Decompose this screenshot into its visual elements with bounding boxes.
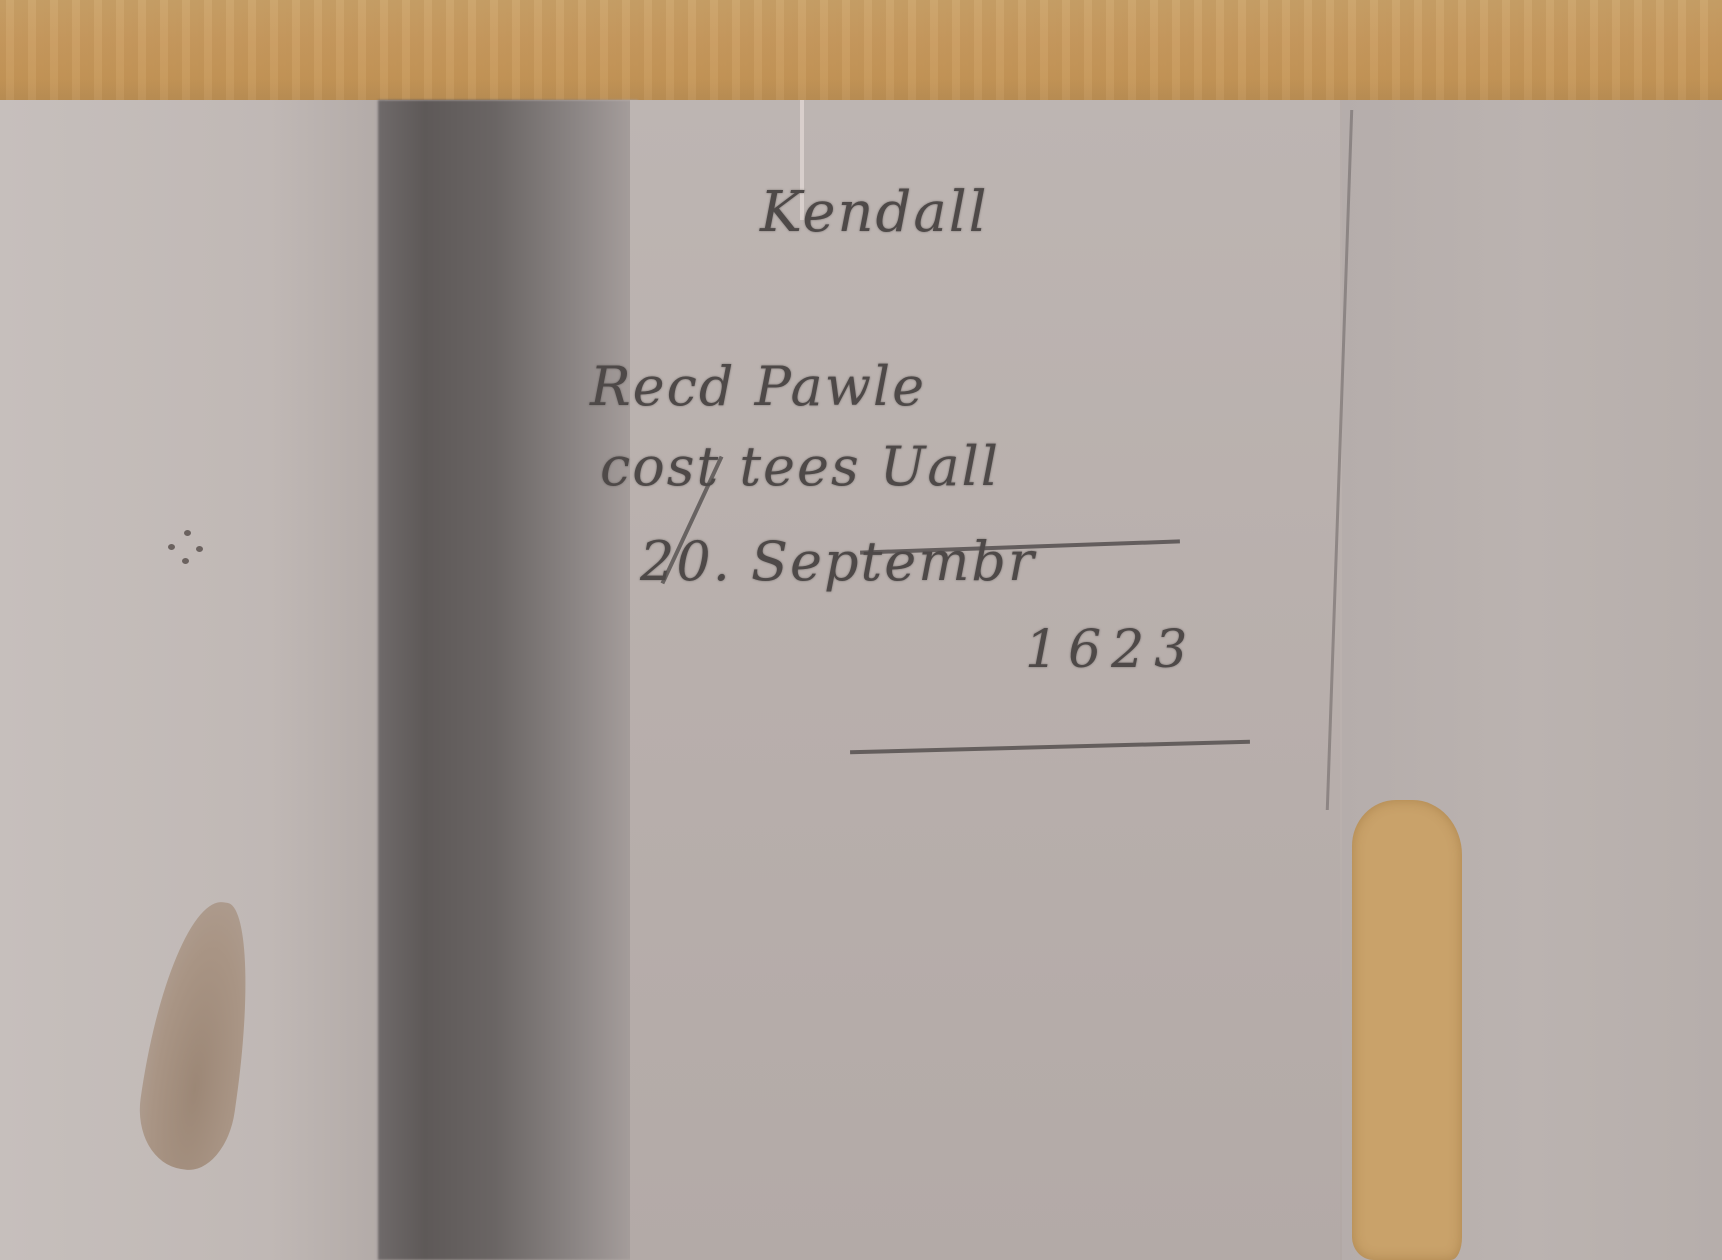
wooden-frame-edge (0, 0, 1722, 104)
ink-dots-mark (168, 530, 208, 570)
endorsement-date: 20. Septembr (640, 530, 1036, 593)
fold-shadow-band (378, 100, 638, 1260)
endorsement-line-2: cost tees Uall (600, 435, 1000, 498)
endorsement-line-1: Recd Pawle (590, 355, 926, 418)
paper-loss-damage (1352, 800, 1462, 1260)
endorsement-year: 1623 (1025, 620, 1197, 680)
center-fold-panel (630, 100, 1340, 1260)
endorsement-name: Kendall (760, 180, 989, 245)
